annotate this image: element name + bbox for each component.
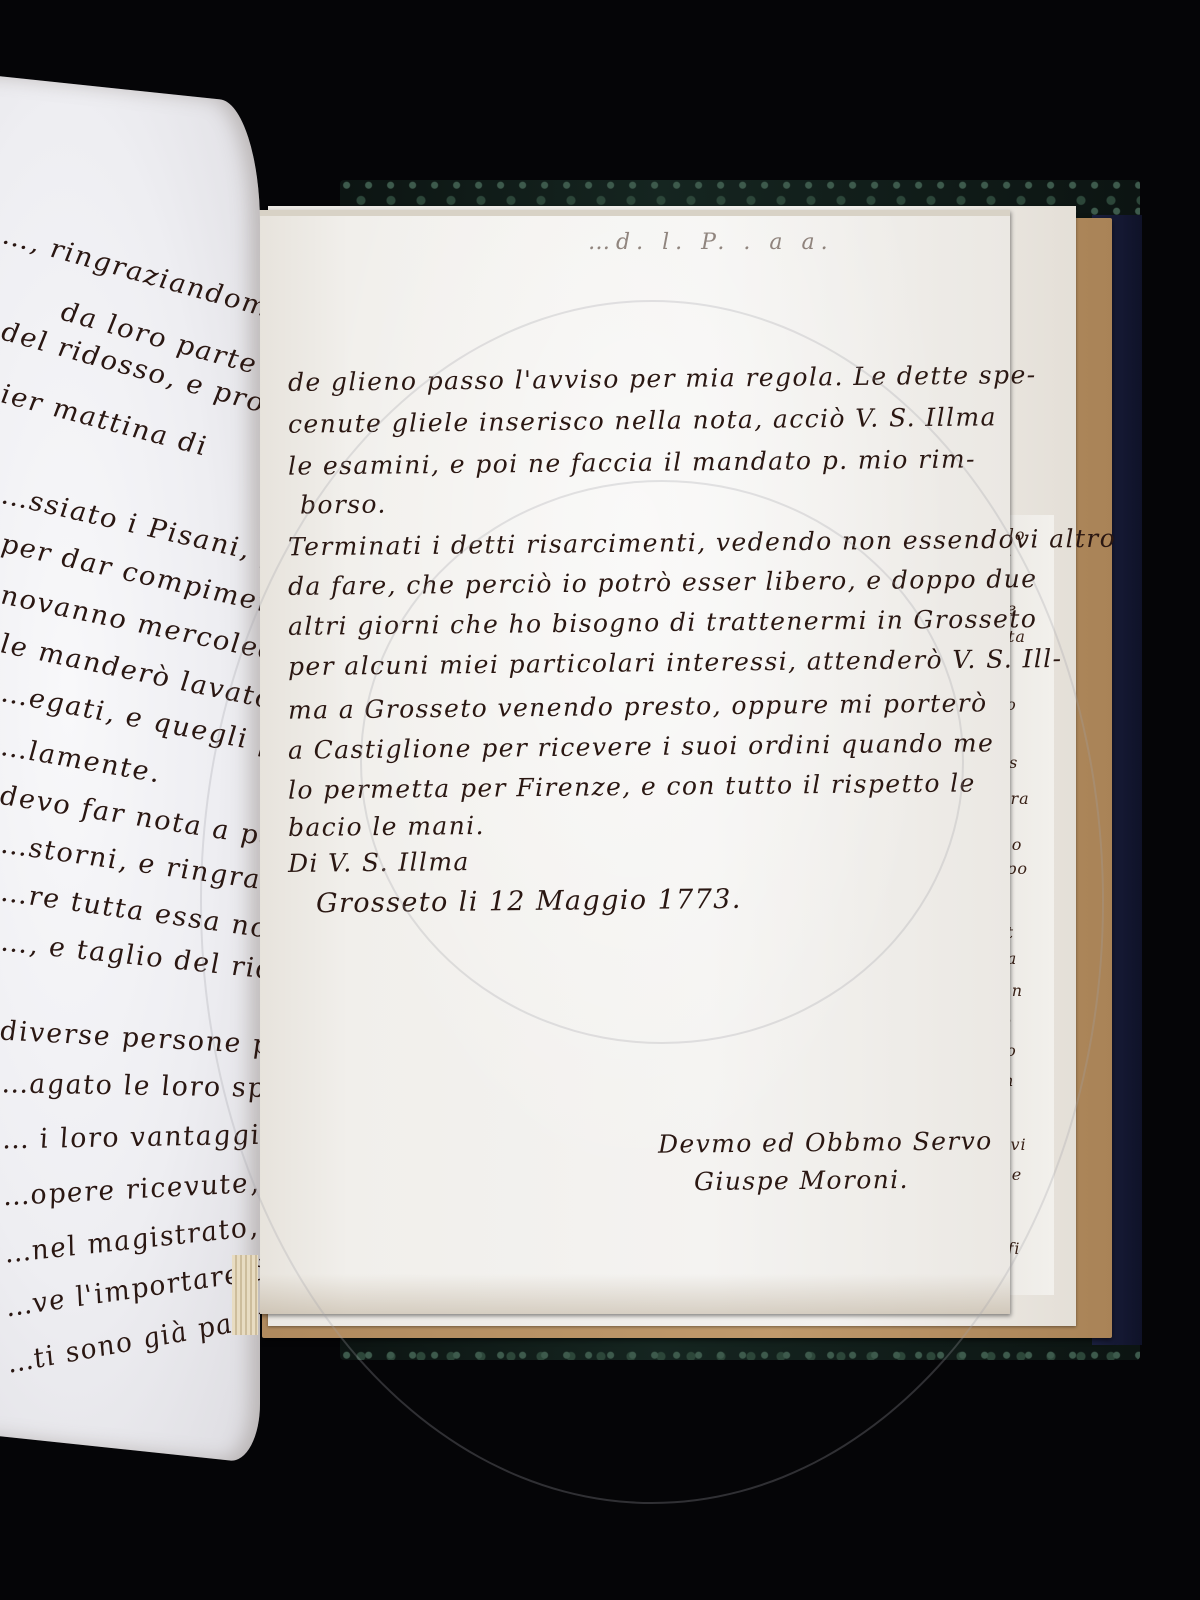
letter-line: bacio le mani. bbox=[288, 811, 485, 842]
letter-line: da fare, che perciò io potrò esser liber… bbox=[288, 564, 1038, 601]
signature-line-2: Giuspe Moroni. bbox=[694, 1165, 909, 1196]
left-line: … i loro vantaggi, ma bbox=[0, 1119, 260, 1156]
left-line: diverse persone pesan- bbox=[0, 1015, 260, 1065]
letter-date: Grosseto li 12 Maggio 1773. bbox=[316, 884, 742, 919]
left-line: …opere ricevute, mas- bbox=[0, 1163, 260, 1212]
letter-line: le esamini, e poi ne faccia il mandato p… bbox=[288, 444, 976, 480]
letter-line: cenute gliele inserisco nella nota, acci… bbox=[288, 402, 997, 438]
left-page-text: …, ringraziandomi di da loro parte del r… bbox=[0, 70, 260, 104]
letter-line: ma a Grosseto venendo presto, oppure mi … bbox=[288, 688, 988, 724]
letter-line: altri giorni che ho bisogno di trattener… bbox=[288, 604, 1037, 641]
header-fragment: …d. l. P. . a a. bbox=[588, 230, 834, 255]
manuscript-scene: Ello mi ra ele atta la mo ro res vera ag… bbox=[0, 0, 1200, 1600]
letter-line: de glieno passo l'avviso per mia regola.… bbox=[288, 360, 1037, 397]
letter-page: …d. l. P. . a a. de glieno passo l'avvis… bbox=[258, 210, 1010, 1314]
letter-line: Terminati i detti risarcimenti, vedendo … bbox=[288, 524, 1116, 562]
letter-line: borso. bbox=[300, 490, 387, 520]
letter-closing: Di V. S. Illma bbox=[288, 847, 470, 878]
signature-line-1: Devmo ed Obbmo Servo bbox=[658, 1126, 993, 1159]
left-line: …lamente. bbox=[0, 731, 161, 790]
letter-line: per alcuni miei particolari interessi, a… bbox=[288, 644, 1063, 681]
left-line: …agato le loro spese bbox=[0, 1068, 260, 1105]
letter-line: a Castiglione per ricevere i suoi ordini… bbox=[288, 728, 994, 764]
left-page: …, ringraziandomi di da loro parte del r… bbox=[0, 70, 260, 1464]
page-edges bbox=[232, 1255, 258, 1335]
letter-line: lo permetta per Firenze, e con tutto il … bbox=[288, 768, 976, 804]
